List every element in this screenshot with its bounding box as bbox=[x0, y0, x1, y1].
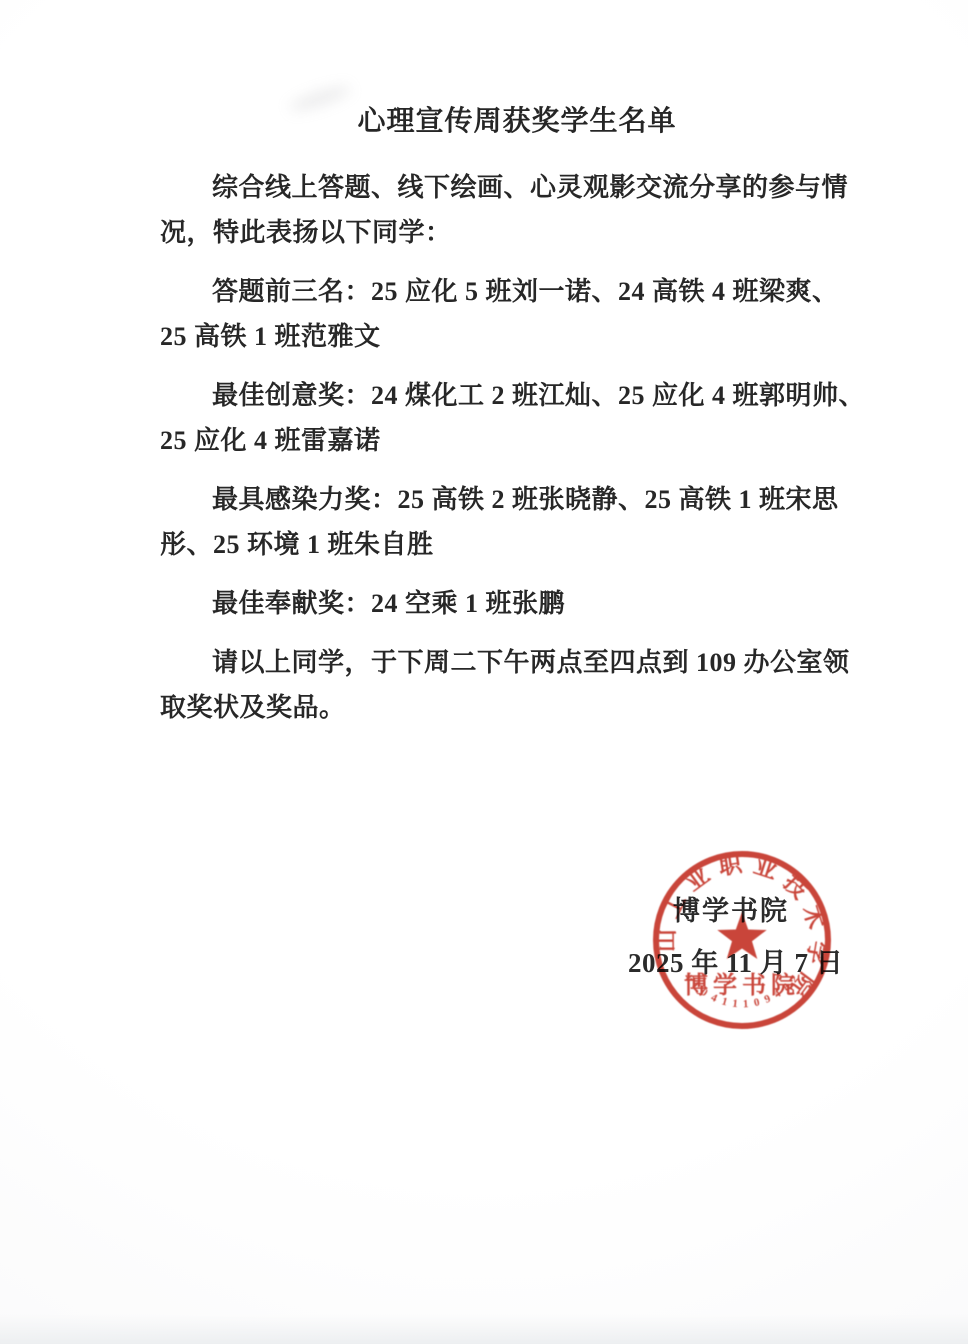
text-line: 取奖状及奖品。 bbox=[160, 685, 860, 730]
document-body: 综合线上答题、线下绘画、心灵观影交流分享的参与情况，特此表扬以下同学：答题前三名… bbox=[160, 165, 860, 744]
paragraph: 最佳创意奖：24 煤化工 2 班江灿、25 应化 4 班郭明帅、25 应化 4 … bbox=[160, 373, 860, 463]
paragraph: 请以上同学，于下周二下午两点至四点到 109 办公室领取奖状及奖品。 bbox=[160, 640, 860, 730]
text-line: 最佳奉献奖：24 空乘 1 班张鹏 bbox=[160, 581, 860, 626]
official-seal: 山工业职业技术学院 博学书院 4104111094821 bbox=[647, 845, 837, 1035]
paragraph: 答题前三名：25 应化 5 班刘一诺、24 高铁 4 班梁爽、25 高铁 1 班… bbox=[160, 269, 860, 359]
text-line: 最佳创意奖：24 煤化工 2 班江灿、25 应化 4 班郭明帅、 bbox=[160, 373, 860, 418]
text-line: 25 高铁 1 班范雅文 bbox=[160, 314, 860, 359]
paragraph: 综合线上答题、线下绘画、心灵观影交流分享的参与情况，特此表扬以下同学： bbox=[160, 165, 860, 255]
paragraph: 最佳奉献奖：24 空乘 1 班张鹏 bbox=[160, 581, 860, 626]
text-line: 况，特此表扬以下同学： bbox=[160, 210, 860, 255]
text-line: 最具感染力奖：25 高铁 2 班张晓静、25 高铁 1 班宋思 bbox=[160, 477, 860, 522]
seal-star-icon bbox=[717, 912, 766, 959]
text-line: 彤、25 环境 1 班朱自胜 bbox=[160, 522, 860, 567]
text-line: 答题前三名：25 应化 5 班刘一诺、24 高铁 4 班梁爽、 bbox=[160, 269, 860, 314]
photo-bottom-shadow bbox=[0, 1314, 968, 1344]
text-line: 综合线上答题、线下绘画、心灵观影交流分享的参与情 bbox=[160, 165, 860, 210]
paragraph: 最具感染力奖：25 高铁 2 班张晓静、25 高铁 1 班宋思彤、25 环境 1… bbox=[160, 477, 860, 567]
document-title: 心理宣传周获奖学生名单 bbox=[160, 99, 874, 139]
document-page: 心理宣传周获奖学生名单 综合线上答题、线下绘画、心灵观影交流分享的参与情况，特此… bbox=[0, 0, 968, 1344]
text-line: 25 应化 4 班雷嘉诺 bbox=[160, 418, 860, 463]
text-line: 请以上同学，于下周二下午两点至四点到 109 办公室领 bbox=[160, 640, 860, 685]
